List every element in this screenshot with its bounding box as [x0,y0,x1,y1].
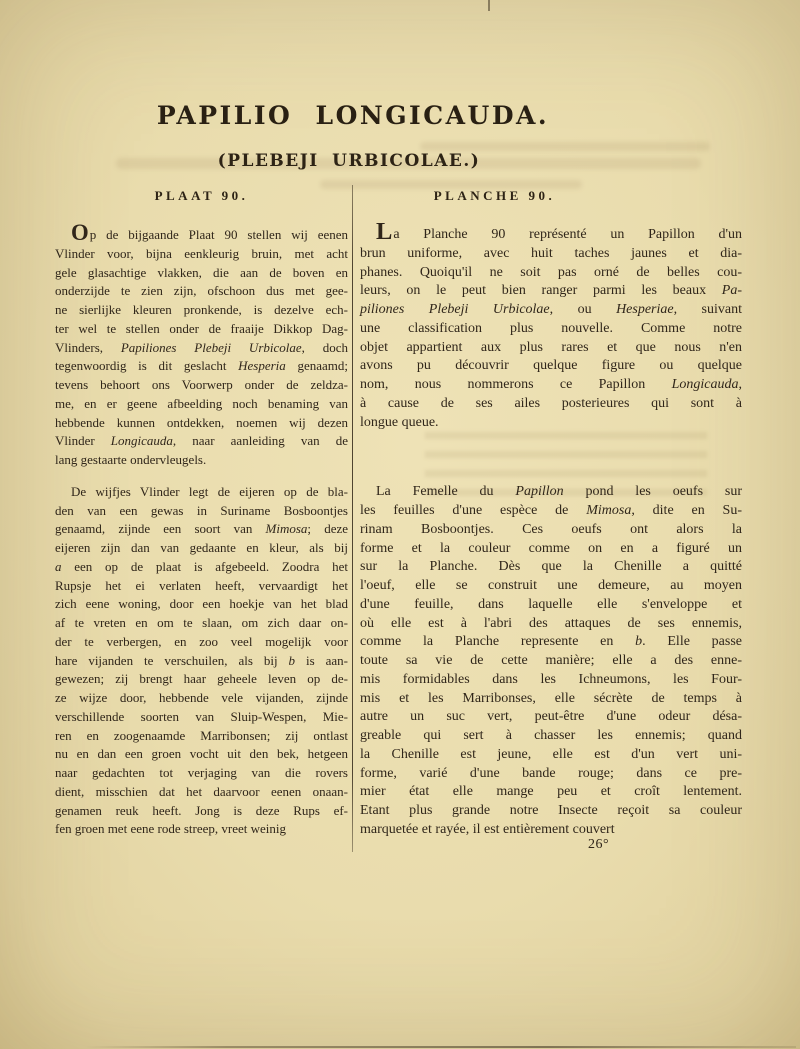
left-column-text: Op de bijgaande Plaat 90 stellen wij een… [55,226,348,839]
text-line: tegenwoordig is dit geslacht Hesperia ge… [55,357,348,376]
text-line: nom, nous nommerons ce Papillon Longicau… [360,376,742,395]
text-line: a een op de plaat is afgebeeld. Zoodra h… [55,558,348,577]
text-line: Vlinder voor, bijna eenkleurig bruin, me… [55,245,348,264]
text-line: où elle est à l'abri des attaques de ses… [360,615,742,634]
text-line: la Chenille est jeune, elle est d'un ver… [360,746,742,765]
text-line: eijeren zijn dan van gedaante en kleur, … [55,539,348,558]
book-page: PAPILIO LONGICAUDA. (PLEBEJI URBICOLAE.)… [0,0,800,1049]
text-line: zich eene woning, door een hoekje van he… [55,595,348,614]
text-line: naar gedachten tot verjaging van die rov… [55,764,348,783]
text-line: Op de bijgaande Plaat 90 stellen wij een… [55,226,348,245]
dropcap-initial: O [71,220,89,245]
text-line: gele glasachtige vlakken, die aan de bov… [55,264,348,283]
text-line: genamen reuk heeft. Jong is deze Rups ef… [55,802,348,821]
text-line: comme la Planche represente en b. Elle p… [360,633,742,652]
text-line: me, en er geene afbeelding noch benaming… [55,395,348,414]
right-column-header: PLANCHE 90. [362,188,627,204]
text-line: mis et les Marribonses, elle sécrète de … [360,690,742,709]
column-divider-rule [352,185,353,852]
text-line: onderzijde te zien zijn, ofschoon dus me… [55,282,348,301]
text-line: af te vreten en om te slaan, om zich daa… [55,614,348,633]
text-line: den van een gewas in Suriname Bosboontje… [55,502,348,521]
text-line: Vlinder Longicauda, naar aanleiding van … [55,432,348,451]
bleedthrough-artifact [420,142,710,151]
text-line: marquetée et rayée, il est entièrement c… [360,821,742,840]
text-line: phanes. Quoiqu'il ne soit pas orné de be… [360,264,742,283]
text-line: ne sierlijke kleuren pronkende, is dezel… [55,301,348,320]
text-line: fen groen met eene rode streep, vreet we… [55,820,348,839]
text-line: hare vijanden te verschuilen, als bij b … [55,652,348,671]
text-line: piliones Plebeji Urbicolae, ou Hesperiae… [360,301,742,320]
text-line: avons pu découvrir quelque figure ou que… [360,357,742,376]
scan-artifact-top-tick [488,0,490,11]
text-line: tevens behoort ons Voorwerp onder de zel… [55,376,348,395]
text-line: mier état elle mange peu et croît lentem… [360,783,742,802]
dropcap-initial: L [376,218,392,245]
scan-artifact-bottom-edge [85,1046,796,1048]
text-line: hebbende kunnen ontdekken, noemen wij de… [55,414,348,433]
text-line: autre un suc vert, peut-être d'une odeur… [360,708,742,727]
text-line: La Planche 90 représenté un Papillon d'u… [360,226,742,245]
paragraph: Op de bijgaande Plaat 90 stellen wij een… [55,226,348,470]
right-column-text: La Planche 90 représenté un Papillon d'u… [360,226,742,840]
text-line: Vlinders, Papiliones Plebeji Urbicolae, … [55,339,348,358]
text-line: dient, misschien dat het daarvoor eenen … [55,783,348,802]
text-line: rinam Bosboontjes. Ces oeufs ont alors l… [360,521,742,540]
text-line: ren en zoogenaamde Marribonsen; zij ontl… [55,727,348,746]
text-line: les feuilles d'une espèce de Mimosa, dit… [360,502,742,521]
left-column-header: PLAAT 90. [55,188,348,204]
text-line: une classification plus nouvelle. Comme … [360,320,742,339]
text-line: lang gestaarte ondervleugels. [55,451,348,470]
text-line: forme, varié d'une bande rouge; dans ce … [360,765,742,784]
paragraph: De wijfjes Vlinder legt de eijeren op de… [55,483,348,839]
text-line: nu en dan een groen vocht uit den bek, h… [55,745,348,764]
text-line: leurs, on le peut bien ranger parmi les … [360,282,742,301]
signature-mark: 26° [588,837,609,853]
text-line: l'oeuf, elle se construit une demeure, a… [360,577,742,596]
text-line: forme et la couleur comme on en a figuré… [360,540,742,559]
text-line: der te verbergen, en zoo veel mogelijk v… [55,633,348,652]
text-line: verschillende soorten van Sluip-Wespen, … [55,708,348,727]
paragraph: La Planche 90 représenté un Papillon d'u… [360,226,742,432]
text-line: ter wel te stellen onder de fraaije Dikk… [55,320,348,339]
text-line: greable qui sert à chasser les ennemis; … [360,727,742,746]
text-line: genaamd, zijnde een soort van Mimosa; de… [55,520,348,539]
page-subtitle: (PLEBEJI URBICOLAE.) [218,151,481,171]
text-line: sur la Planche. Dès que la Chenille a qu… [360,558,742,577]
text-line: d'une feuille, dans laquelle elle s'enve… [360,596,742,615]
text-line: La Femelle du Papillon pond les oeufs su… [360,483,742,502]
text-line: gewezen; zij brengt haar geheele leven o… [55,670,348,689]
text-line: toute sa vie de cette manière; elle a de… [360,652,742,671]
text-line: ze wijze door, hebbende vele vijanden, z… [55,689,348,708]
text-line: à cause de ses ailes posterieures qui so… [360,395,742,414]
text-line: De wijfjes Vlinder legt de eijeren op de… [55,483,348,502]
text-line: Etant plus grande notre Insecte reçoit s… [360,802,742,821]
page-title: PAPILIO LONGICAUDA. [157,101,549,130]
text-line: mis formidables dans les Ichneumons, les… [360,671,742,690]
text-line: objet appartient aux plus rares et que n… [360,339,742,358]
paragraph: La Femelle du Papillon pond les oeufs su… [360,483,742,839]
text-line: brun uniforme, avec huit taches jaunes e… [360,245,742,264]
text-line: Rupsje het ei verlaten heeft, vervaardig… [55,577,348,596]
text-line: longue queue. [360,414,742,433]
